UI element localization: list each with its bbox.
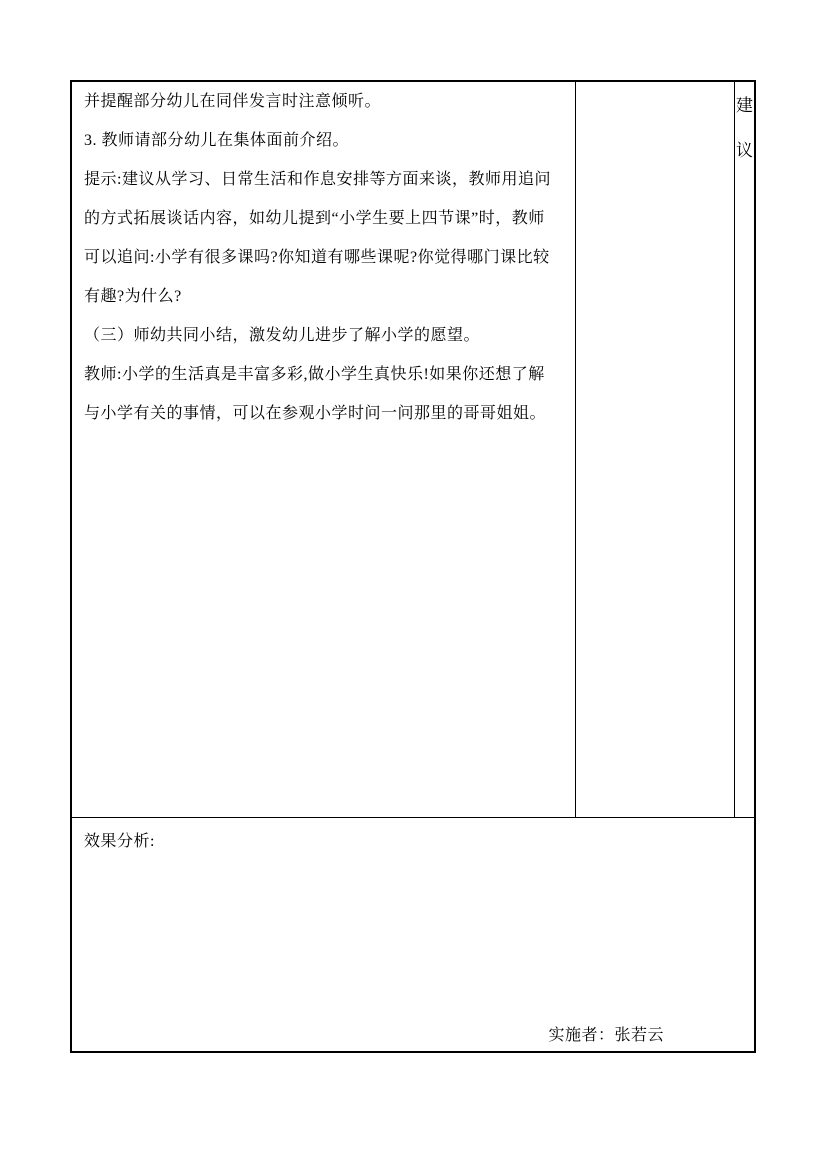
process-line: 有趣?为什么? <box>84 277 575 316</box>
implementer-signature: 实施者：张若云 <box>548 1026 664 1046</box>
process-line: 并提醒部分幼儿在同伴发言时注意倾听。 <box>84 82 575 121</box>
suggestion-label-cell: 建 议 <box>735 82 754 817</box>
process-line: 与小学有关的事情，可以在参观小学时问一问那里的哥哥姐姐。 <box>84 394 575 433</box>
effect-analysis-label: 效果分析: <box>84 830 754 854</box>
suggestion-label-char: 议 <box>735 128 754 173</box>
lesson-plan-table: 并提醒部分幼儿在同伴发言时注意倾听。 3. 教师请部分幼儿在集体面前介绍。 提示… <box>70 80 756 1053</box>
effect-analysis-row: 效果分析: 实施者：张若云 <box>72 818 754 1051</box>
process-line: 提示:建议从学习、日常生活和作息安排等方面来谈，教师用追问 <box>84 160 575 199</box>
suggestion-label-char: 建 <box>735 83 754 128</box>
process-line: 可以追问:小学有很多课吗?你知道有哪些课呢?你觉得哪门课比较 <box>84 238 575 277</box>
process-line: 教师:小学的生活真是丰富多彩,做小学生真快乐!如果你还想了解 <box>84 355 575 394</box>
document-page: 并提醒部分幼儿在同伴发言时注意倾听。 3. 教师请部分幼儿在集体面前介绍。 提示… <box>0 0 827 1170</box>
activity-process-cell: 并提醒部分幼儿在同伴发言时注意倾听。 3. 教师请部分幼儿在集体面前介绍。 提示… <box>72 82 576 817</box>
process-line: 3. 教师请部分幼儿在集体面前介绍。 <box>84 121 575 160</box>
process-line: 的方式拓展谈话内容，如幼儿提到“小学生要上四节课”时，教师 <box>84 199 575 238</box>
process-line: （三）师幼共同小结，激发幼儿进步了解小学的愿望。 <box>84 316 575 355</box>
adjustment-notes-cell <box>576 82 735 817</box>
activity-process-row: 并提醒部分幼儿在同伴发言时注意倾听。 3. 教师请部分幼儿在集体面前介绍。 提示… <box>72 82 754 818</box>
